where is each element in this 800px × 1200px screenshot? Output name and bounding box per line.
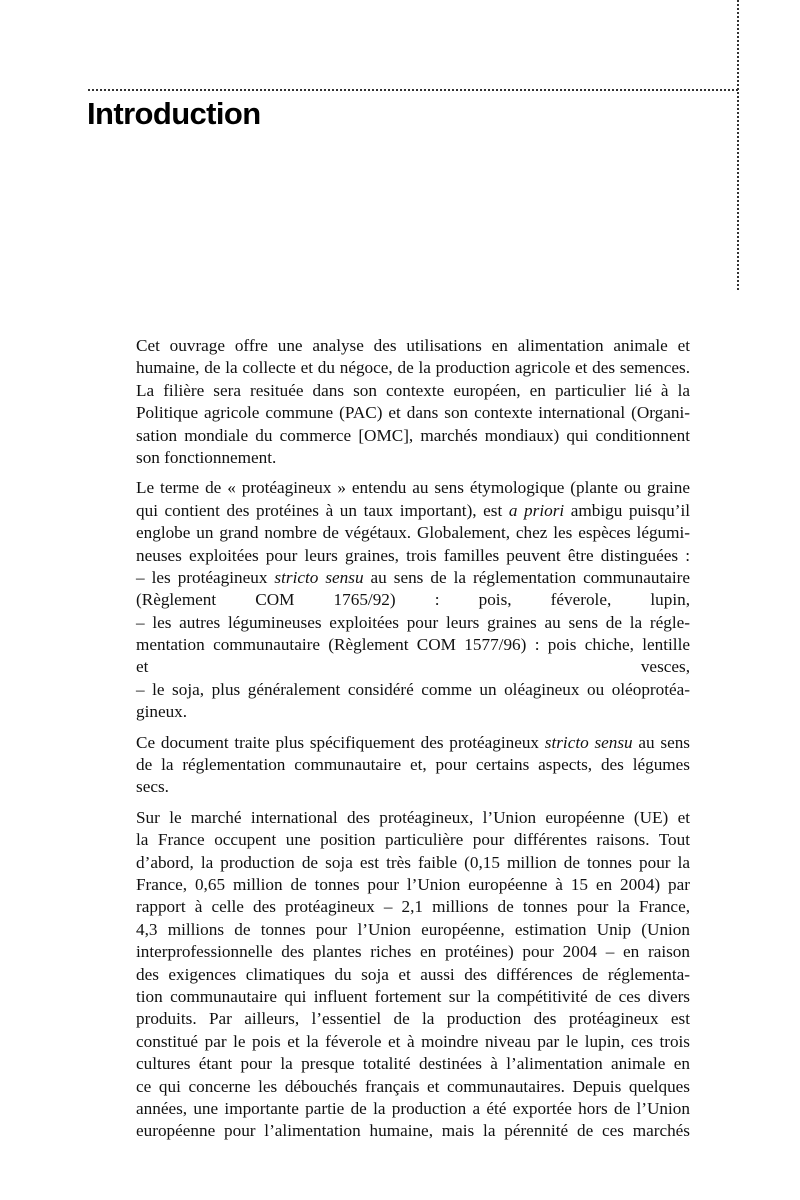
text-line: d’abord, la production de soja est très … (136, 852, 690, 874)
text-line: Ce document traite plus spécifiquement d… (136, 732, 690, 754)
body-text: Cet ouvrage offre une analyse des utilis… (136, 335, 690, 1151)
text-line: neuses exploitées pour leurs graines, tr… (136, 545, 690, 567)
text-run: qui contient des protéines à un taux imp… (136, 501, 509, 520)
text-run: – les protéagineux (136, 568, 274, 587)
paragraph: Cet ouvrage offre une analyse des utilis… (136, 335, 690, 469)
paragraph: Ce document traite plus spécifiquement d… (136, 732, 690, 799)
italic-term: a priori (509, 501, 564, 520)
italic-term: stricto sensu (545, 733, 633, 752)
text-line: son fonctionnement. (136, 447, 690, 469)
text-line: (Règlement COM 1765/92) : pois, féverole… (136, 589, 690, 611)
text-line: – le soja, plus généralement considéré c… (136, 679, 690, 701)
text-line: La filière sera resituée dans son contex… (136, 380, 690, 402)
text-line: humaine, de la collecte et du négoce, de… (136, 357, 690, 379)
text-line: produits. Par ailleurs, l’essentiel de l… (136, 1008, 690, 1030)
text-line: sation mondiale du commerce [OMC], march… (136, 425, 690, 447)
text-line: – les autres légumineuses exploitées pou… (136, 612, 690, 634)
text-line: des exigences climatiques du soja et aus… (136, 964, 690, 986)
text-line: la France occupent une position particul… (136, 829, 690, 851)
text-line: rapport à celle des protéagineux – 2,1 m… (136, 896, 690, 918)
text-line: – les protéagineux stricto sensu au sens… (136, 567, 690, 589)
text-line: secs. (136, 776, 690, 798)
text-line: mentation communautaire (Règlement COM 1… (136, 634, 690, 656)
margin-dotted-rule-vertical (737, 0, 739, 290)
text-line: France, 0,65 million de tonnes pour l’Un… (136, 874, 690, 896)
text-run: au sens (633, 733, 690, 752)
chapter-title: Introduction (87, 94, 261, 134)
paragraph: Le terme de « protéagineux » entendu au … (136, 477, 690, 723)
italic-term: stricto sensu (274, 568, 363, 587)
text-line: cultures étant pour la presque totalité … (136, 1053, 690, 1075)
header-dotted-rule-horizontal (88, 89, 738, 91)
paragraph: Sur le marché international des protéagi… (136, 807, 690, 1143)
text-run: Ce document traite plus spécifiquement d… (136, 733, 545, 752)
text-line: Politique agricole commune (PAC) et dans… (136, 402, 690, 424)
text-line: gineux. (136, 701, 690, 723)
text-run: au sens de la réglementation communautai… (364, 568, 690, 587)
text-line: Cet ouvrage offre une analyse des utilis… (136, 335, 690, 357)
text-line: englobe un grand nombre de végétaux. Glo… (136, 522, 690, 544)
text-line: interprofessionnelle des plantes riches … (136, 941, 690, 963)
text-line: 4,3 millions de tonnes pour l’Union euro… (136, 919, 690, 941)
text-line: européenne pour l’alimentation humaine, … (136, 1120, 690, 1142)
text-line: de la réglementation communautaire et, p… (136, 754, 690, 776)
text-line: et vesces, (136, 656, 690, 678)
text-line: ce qui concerne les débouchés français e… (136, 1076, 690, 1098)
text-line: Le terme de « protéagineux » entendu au … (136, 477, 690, 499)
text-run: ambigu puisqu’il (564, 501, 690, 520)
text-line: Sur le marché international des protéagi… (136, 807, 690, 829)
text-line: tion communautaire qui influent fortemen… (136, 986, 690, 1008)
text-line: constitué par le pois et la féverole et … (136, 1031, 690, 1053)
text-line: années, une importante partie de la prod… (136, 1098, 690, 1120)
text-line: qui contient des protéines à un taux imp… (136, 500, 690, 522)
